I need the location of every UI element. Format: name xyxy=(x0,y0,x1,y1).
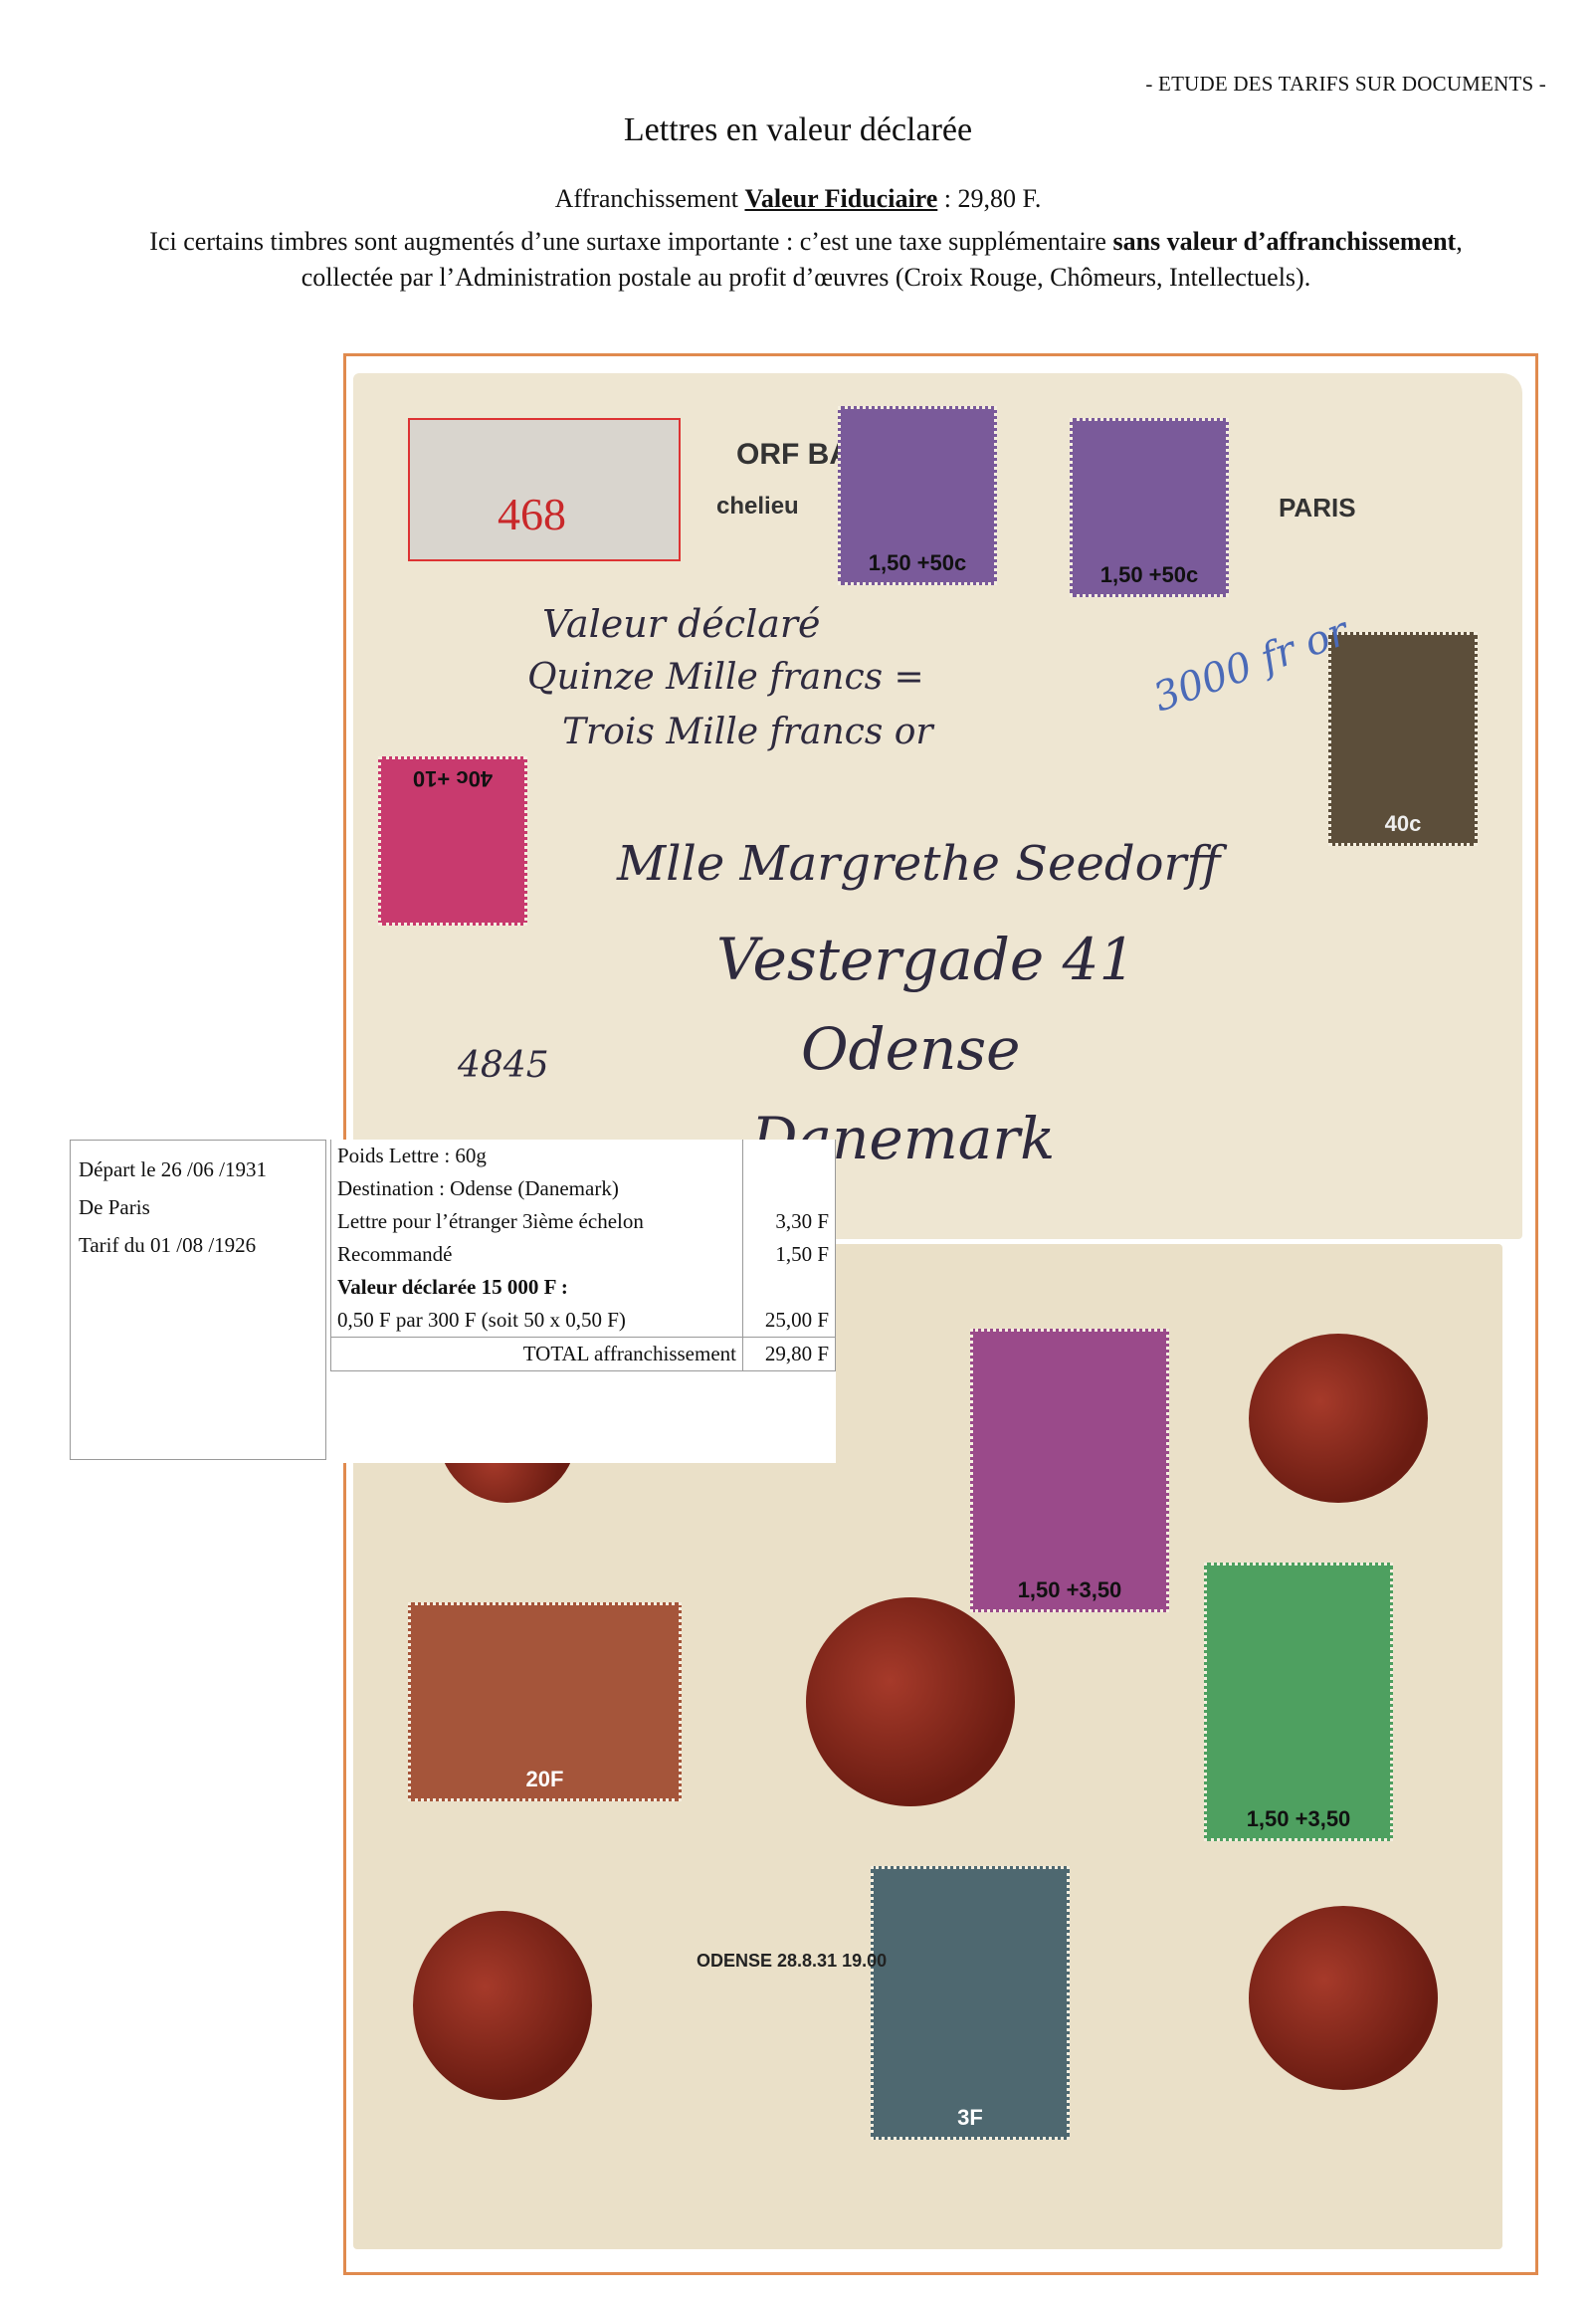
intro-prefix: Affranchissement xyxy=(555,184,738,213)
tarif-left-column: Départ le 26 /06 /1931 De Paris Tarif du… xyxy=(70,1140,326,1460)
stamp-semeuse-1: 1,50 +50c xyxy=(838,406,997,585)
table-row: Valeur déclarée 15 000 F : xyxy=(331,1271,836,1304)
wax-seal xyxy=(1249,1334,1428,1503)
address-name: Mlle Margrethe Seedorff xyxy=(617,836,1220,892)
margin-number: 4845 xyxy=(458,1045,549,1086)
stamp-exposition-coloniale: 40c xyxy=(1328,632,1478,846)
wax-seal xyxy=(806,1597,1015,1806)
intro-paragraph: Ici certains timbres sont augmentés d’un… xyxy=(109,224,1502,296)
intro-bold-text: sans valeur d’affranchissement xyxy=(1112,227,1456,256)
wax-seal xyxy=(413,1911,592,2100)
series-label: - ETUDE DES TARIFS SUR DOCUMENTS - xyxy=(1145,72,1546,97)
stamp-semeuse-2: 1,50 +50c xyxy=(1070,418,1229,597)
postmark-odense: ODENSE 28.8.31 19.00 xyxy=(697,1951,887,1972)
wax-seal xyxy=(1249,1906,1438,2090)
intro-text-1: Ici certains timbres sont augmentés d’un… xyxy=(149,227,1112,256)
tarif-date: Tarif du 01 /08 /1926 xyxy=(79,1226,317,1264)
intro-line1: Affranchissement Valeur Fiduciaire : 29,… xyxy=(0,184,1596,214)
origin: De Paris xyxy=(79,1188,317,1226)
tarif-details: Poids Lettre : 60g Destination : Odense … xyxy=(330,1140,836,1371)
handwriting-line3: Trois Mille francs or xyxy=(562,712,933,752)
total-row: TOTAL affranchissement29,80 F xyxy=(331,1338,836,1371)
handwriting-line1: Valeur déclaré xyxy=(542,602,821,646)
intro-suffix: : 29,80 F. xyxy=(937,184,1041,213)
handwriting-line2: Quinze Mille francs = xyxy=(527,657,924,698)
table-row: 0,50 F par 300 F (soit 50 x 0,50 F)25,00… xyxy=(331,1304,836,1338)
depart-date: Départ le 26 /06 /1931 xyxy=(79,1150,317,1188)
table-row: Lettre pour l’étranger 3ième échelon3,30… xyxy=(331,1205,836,1238)
address-street: Vestergade 41 xyxy=(716,926,1135,993)
tarif-table: Départ le 26 /06 /1931 De Paris Tarif du… xyxy=(70,1140,836,1463)
address-city: Odense xyxy=(801,1015,1020,1083)
table-row: Recommandé1,50 F xyxy=(331,1238,836,1271)
stamp-semeuse-rose: 40c +10 xyxy=(378,756,527,926)
registration-number: 468 xyxy=(498,488,566,540)
stamp-pont-du-gard: 20F xyxy=(408,1602,682,1801)
printed-sub: chelieu xyxy=(716,493,799,521)
table-row: Destination : Odense (Danemark) xyxy=(331,1172,836,1205)
intro-bold: Valeur Fiduciaire xyxy=(744,184,937,213)
stamp-caisse-green: 1,50 +3,50 xyxy=(1204,1563,1393,1841)
printed-city: PARIS xyxy=(1279,493,1356,523)
table-row: Poids Lettre : 60g xyxy=(331,1140,836,1172)
stamp-cathedrale-reims: 3F xyxy=(871,1866,1070,2140)
page-title: Lettres en valeur déclarée xyxy=(0,111,1596,149)
stamp-sourire-de-reims: 1,50 +3,50 xyxy=(970,1329,1169,1612)
